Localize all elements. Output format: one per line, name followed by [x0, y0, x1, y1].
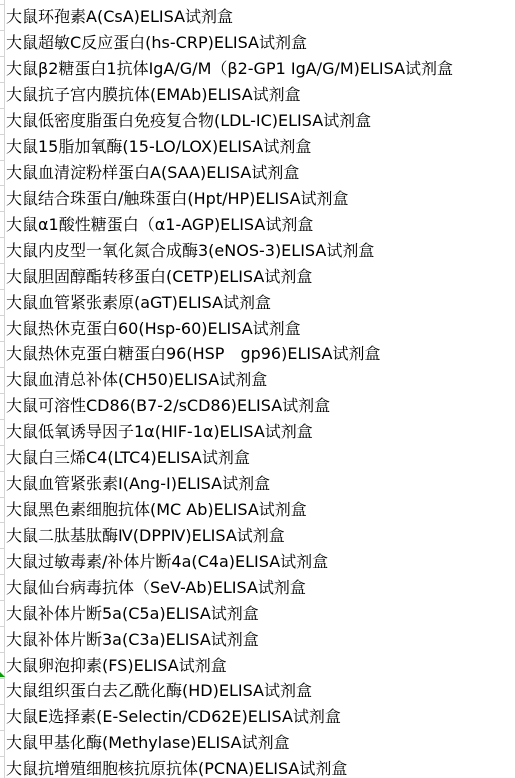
list-item[interactable]: 大鼠二肽基肽酶Ⅳ(DPPⅣ)ELISA试剂盒 — [0, 522, 515, 548]
kit-name: 大鼠血管紧张素原(aGT)ELISA试剂盒 — [5, 294, 271, 311]
kit-name: 大鼠仙台病毒抗体（SeV-Ab)ELISA试剂盒 — [5, 579, 306, 596]
list-item[interactable]: 大鼠α1酸性糖蛋白（α1-AGP)ELISA试剂盒 — [0, 211, 515, 237]
kit-name: 大鼠卵泡抑素(FS)ELISA试剂盒 — [5, 657, 227, 674]
kit-name: 大鼠热休克蛋白60(Hsp-60)ELISA试剂盒 — [5, 320, 301, 337]
kit-name: 大鼠低密度脂蛋白免疫复合物(LDL-IC)ELISA试剂盒 — [5, 112, 371, 129]
error-indicator-icon — [0, 672, 5, 677]
list-item[interactable]: 大鼠内皮型一氧化氮合成酶3(eNOS-3)ELISA试剂盒 — [0, 237, 515, 263]
list-item[interactable]: 大鼠血管紧张素Ⅰ(Ang-Ⅰ)ELISA试剂盒 — [0, 471, 515, 497]
list-item[interactable]: 大鼠超敏C反应蛋白(hs-CRP)ELISA试剂盒 — [0, 30, 515, 56]
kit-name: 大鼠抗子宫内膜抗体(EMAb)ELISA试剂盒 — [5, 86, 301, 103]
kit-name: 大鼠内皮型一氧化氮合成酶3(eNOS-3)ELISA试剂盒 — [5, 242, 374, 259]
list-item[interactable]: 大鼠结合珠蛋白/触珠蛋白(Hpt/HP)ELISA试剂盒 — [0, 185, 515, 211]
list-item[interactable]: 大鼠血清总补体(CH50)ELISA试剂盒 — [0, 367, 515, 393]
kit-name: 大鼠补体片断3a(C3a)ELISA试剂盒 — [5, 631, 259, 648]
list-item[interactable]: 大鼠15脂加氧酶(15-LO/LOX)ELISA试剂盒 — [0, 134, 515, 160]
kit-name: 大鼠可溶性CD86(B7-2/sCD86)ELISA试剂盒 — [5, 397, 330, 414]
kit-name: 大鼠α1酸性糖蛋白（α1-AGP)ELISA试剂盒 — [5, 216, 313, 233]
kit-name: 大鼠过敏毒素/补体片断4a(C4a)ELISA试剂盒 — [5, 553, 328, 570]
list-item[interactable]: 大鼠白三烯C4(LTC4)ELISA试剂盒 — [0, 445, 515, 471]
kit-name: 大鼠抗增殖细胞核抗原抗体(PCNA)ELISA试剂盒 — [5, 760, 347, 777]
list-item[interactable]: 大鼠β2糖蛋白1抗体IgA/G/M（β2-GP1 IgA/G/M)ELISA试剂… — [0, 56, 515, 82]
list-item[interactable]: 大鼠抗子宫内膜抗体(EMAb)ELISA试剂盒 — [0, 82, 515, 108]
kit-name: 大鼠结合珠蛋白/触珠蛋白(Hpt/HP)ELISA试剂盒 — [5, 190, 349, 207]
list-item[interactable]: 大鼠补体片断5a(C5a)ELISA试剂盒 — [0, 600, 515, 626]
list-item[interactable]: 大鼠补体片断3a(C3a)ELISA试剂盒 — [0, 626, 515, 652]
list-item[interactable]: 大鼠组织蛋白去乙酰化酶(HD)ELISA试剂盒 — [0, 678, 515, 704]
list-item[interactable]: 大鼠卵泡抑素(FS)ELISA试剂盒 — [0, 652, 515, 678]
kit-name: 大鼠血清淀粉样蛋白A(SAA)ELISA试剂盒 — [5, 164, 299, 181]
list-item[interactable]: 大鼠低氧诱导因子1α(HIF-1α)ELISA试剂盒 — [0, 419, 515, 445]
kit-name: 大鼠白三烯C4(LTC4)ELISA试剂盒 — [5, 449, 250, 466]
kit-name: 大鼠黑色素细胞抗体(MC Ab)ELISA试剂盒 — [5, 501, 307, 518]
list-item[interactable]: 大鼠仙台病毒抗体（SeV-Ab)ELISA试剂盒 — [0, 574, 515, 600]
kit-name: 大鼠二肽基肽酶Ⅳ(DPPⅣ)ELISA试剂盒 — [5, 527, 285, 544]
spreadsheet-view: 大鼠环孢素A(CsA)ELISA试剂盒 大鼠超敏C反应蛋白(hs-CRP)ELI… — [0, 0, 515, 778]
list-item[interactable]: 大鼠低密度脂蛋白免疫复合物(LDL-IC)ELISA试剂盒 — [0, 108, 515, 134]
kit-name: 大鼠热休克蛋白糖蛋白96(HSP gp96)ELISA试剂盒 — [5, 345, 381, 362]
list-item[interactable]: 大鼠胆固醇酯转移蛋白(CETP)ELISA试剂盒 — [0, 263, 515, 289]
kit-name: 大鼠甲基化酶(Methylase)ELISA试剂盒 — [5, 734, 290, 751]
list-item[interactable]: 大鼠热休克蛋白60(Hsp-60)ELISA试剂盒 — [0, 315, 515, 341]
kit-name: 大鼠血清总补体(CH50)ELISA试剂盒 — [5, 371, 267, 388]
kit-name: 大鼠超敏C反应蛋白(hs-CRP)ELISA试剂盒 — [5, 34, 307, 51]
kit-name: 大鼠低氧诱导因子1α(HIF-1α)ELISA试剂盒 — [5, 423, 313, 440]
list-item[interactable]: 大鼠可溶性CD86(B7-2/sCD86)ELISA试剂盒 — [0, 393, 515, 419]
list-item[interactable]: 大鼠过敏毒素/补体片断4a(C4a)ELISA试剂盒 — [0, 548, 515, 574]
kit-name: 大鼠β2糖蛋白1抗体IgA/G/M（β2-GP1 IgA/G/M)ELISA试剂… — [5, 60, 453, 77]
list-item[interactable]: 大鼠环孢素A(CsA)ELISA试剂盒 — [0, 4, 515, 30]
kit-name: 大鼠胆固醇酯转移蛋白(CETP)ELISA试剂盒 — [5, 268, 312, 285]
list-item[interactable]: 大鼠血管紧张素原(aGT)ELISA试剂盒 — [0, 289, 515, 315]
kit-name: 大鼠组织蛋白去乙酰化酶(HD)ELISA试剂盒 — [5, 682, 312, 699]
list-item[interactable]: 大鼠血清淀粉样蛋白A(SAA)ELISA试剂盒 — [0, 160, 515, 186]
kit-name: 大鼠E选择素(E-Selectin/CD62E)ELISA试剂盒 — [5, 708, 341, 725]
kit-name: 大鼠血管紧张素Ⅰ(Ang-Ⅰ)ELISA试剂盒 — [5, 475, 270, 492]
kit-list: 大鼠环孢素A(CsA)ELISA试剂盒 大鼠超敏C反应蛋白(hs-CRP)ELI… — [0, 4, 515, 778]
list-item[interactable]: 大鼠甲基化酶(Methylase)ELISA试剂盒 — [0, 730, 515, 756]
list-item[interactable]: 大鼠热休克蛋白糖蛋白96(HSP gp96)ELISA试剂盒 — [0, 341, 515, 367]
kit-name: 大鼠环孢素A(CsA)ELISA试剂盒 — [5, 8, 233, 25]
kit-name: 大鼠15脂加氧酶(15-LO/LOX)ELISA试剂盒 — [5, 138, 311, 155]
list-item[interactable]: 大鼠E选择素(E-Selectin/CD62E)ELISA试剂盒 — [0, 704, 515, 730]
list-item[interactable]: 大鼠黑色素细胞抗体(MC Ab)ELISA试剂盒 — [0, 497, 515, 523]
kit-name: 大鼠补体片断5a(C5a)ELISA试剂盒 — [5, 605, 259, 622]
list-item[interactable]: 大鼠抗增殖细胞核抗原抗体(PCNA)ELISA试剂盒 — [0, 756, 515, 778]
